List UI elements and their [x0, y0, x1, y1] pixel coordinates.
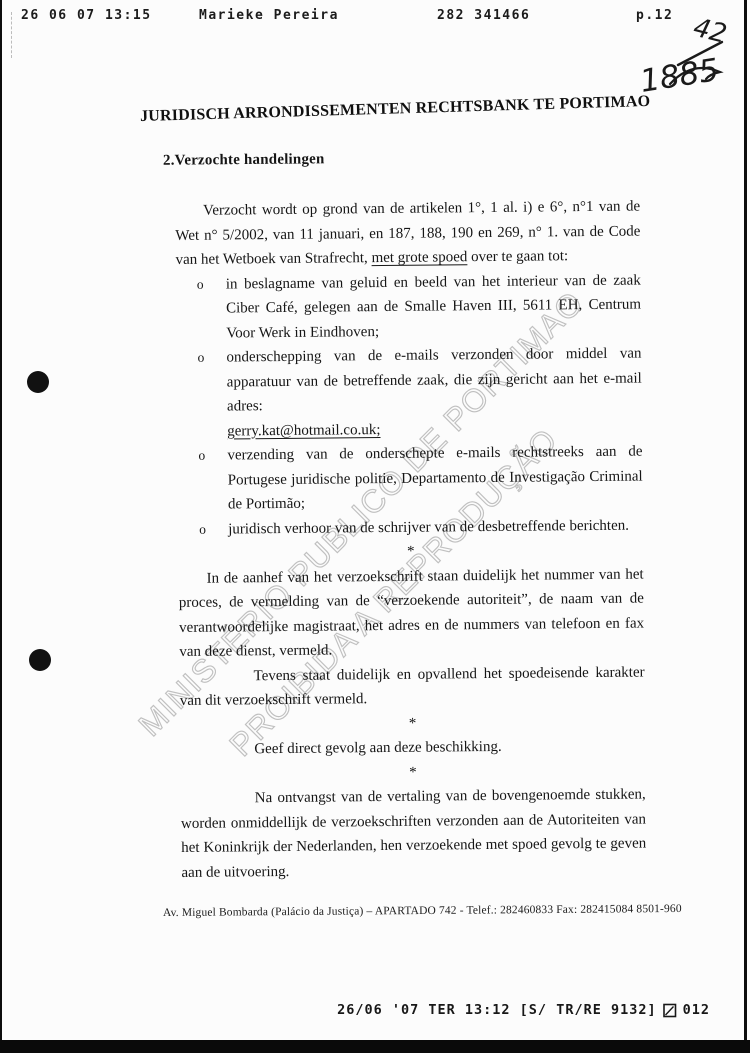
handwritten-annotation: 42 1885 — [618, 2, 748, 112]
body-paragraph: In de aanhef van het verzoekschrift staa… — [179, 562, 645, 664]
list-item-text: verzending van de onderschepte e-mails r… — [227, 440, 643, 517]
page-count-icon — [663, 1003, 677, 1018]
list-item: o onderschepping van de e-mails verzonde… — [176, 342, 642, 444]
document-body: Verzocht wordt op grond van de artikelen… — [175, 195, 647, 885]
intro-paragraph: Verzocht wordt op grond van de artikelen… — [175, 195, 641, 273]
scan-edge-right — [744, 0, 747, 1053]
handwritten-case-number: 1885 — [638, 52, 722, 100]
scan-edge-bottom — [0, 1040, 750, 1053]
fax-header-sender: Marieke Pereira — [199, 8, 339, 23]
email-address: gerry.kat@hotmail.co.uk; — [227, 422, 380, 439]
bullet-marker: o — [176, 272, 227, 346]
document-title: JURIDISCH ARRONDISSEMENTEN RECHTSBANK TE… — [140, 94, 615, 126]
intro-part2: over te gaan tot: — [467, 248, 568, 265]
fax-footer: 26/06 '07 TER 13:12 [S/ TR/RE 9132] 012 — [337, 1002, 710, 1018]
list-item-text: in beslagname van geluid en beeld van he… — [226, 268, 642, 345]
handwritten-fraction-top: 42 — [690, 13, 729, 50]
section-heading: 2.Verzochte handelingen — [163, 151, 325, 169]
list-item-text-main: onderschepping van de e-mails verzonden … — [226, 346, 641, 415]
request-list: o in beslagname van geluid en beeld van … — [176, 268, 644, 542]
punch-hole — [27, 371, 49, 393]
list-item: o in beslagname van geluid en beeld van … — [176, 268, 642, 346]
scanned-fax-page: 26 06 07 13:15 Marieke Pereira 282 34146… — [0, 0, 750, 1053]
body-paragraph: Tevens staat duidelijk en opvallend het … — [179, 660, 644, 713]
court-footer-address: Av. Miguel Bombarda (Palácio da Justiça)… — [163, 903, 683, 919]
list-item: o juridisch verhoor van de schrijver van… — [178, 513, 643, 542]
fax-footer-page-count: 012 — [683, 1002, 710, 1018]
bullet-marker: o — [178, 517, 228, 542]
punch-hole — [29, 649, 51, 671]
fax-footer-line: 26/06 '07 TER 13:12 [S/ TR/RE 9132] — [337, 1002, 656, 1018]
list-item: o verzending van de onderschepte e-mails… — [177, 440, 643, 518]
list-item-text: juridisch verhoor van de schrijver van d… — [228, 513, 643, 541]
bullet-marker: o — [176, 346, 227, 444]
fax-header-number: 282 341466 — [437, 8, 530, 23]
list-item-text: onderschepping van de e-mails verzonden … — [226, 342, 642, 444]
scan-edge-left — [0, 0, 2, 1053]
intro-emphasis: met grote spoed — [371, 249, 467, 266]
scan-dash-artifact — [11, 12, 12, 58]
fax-header-datetime: 26 06 07 13:15 — [21, 8, 152, 23]
bullet-marker: o — [177, 444, 228, 518]
body-paragraph: Na ontvangst van de vertaling van de bov… — [181, 783, 647, 885]
